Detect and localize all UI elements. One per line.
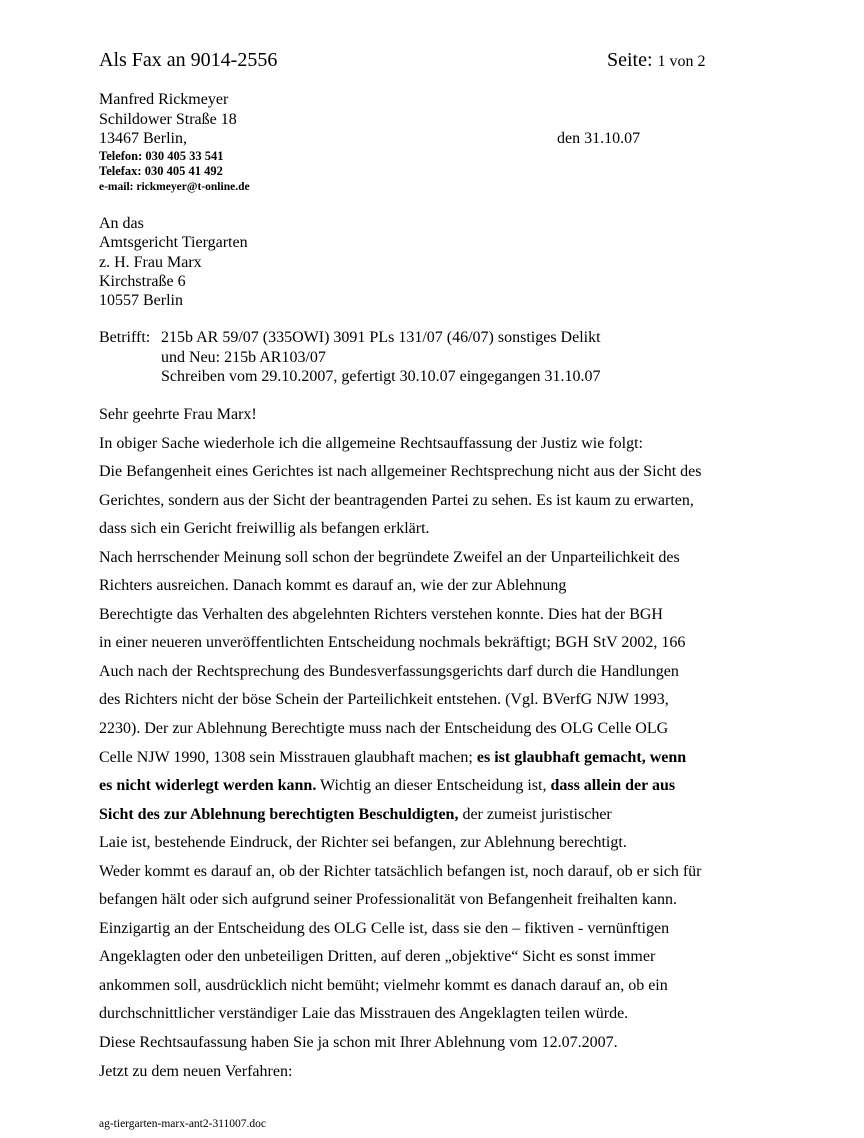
sender-phone: Telefon: 030 405 33 541 [99,149,250,165]
letter-body: Sehr geehrte Frau Marx! In obiger Sache … [99,401,701,1086]
body-line: Sicht des zur Ablehnung berechtigten Bes… [99,801,701,830]
body-line: Einzigartig an der Entscheidung des OLG … [99,915,701,944]
body-line: In obiger Sache wiederhole ich die allge… [99,430,701,459]
sender-email: e-mail: rickmeyer@t-online.de [99,180,250,195]
recipient-line: z. H. Frau Marx [99,253,248,272]
body-line: Gerichtes, sondern aus der Sicht der bea… [99,487,701,516]
body-line: Angeklagten oder den unbeteiligen Dritte… [99,943,701,972]
body-emphasis: dass allein der aus [550,777,675,794]
body-line: durchschnittlicher verständiger Laie das… [99,1000,701,1029]
body-line: Jetzt zu dem neuen Verfahren: [99,1058,701,1087]
recipient-line: Kirchstraße 6 [99,272,248,291]
body-line: Laie ist, bestehende Eindruck, der Richt… [99,829,701,858]
subject-block: Betrifft:215b AR 59/07 (335OWI) 3091 PLs… [99,328,601,387]
sender-city: 13467 Berlin, [99,129,250,149]
subject-label: Betrifft: [99,328,161,348]
body-line: es nicht widerlegt werden kann. Wichtig … [99,772,701,801]
body-text: Wichtig an dieser Entscheidung ist, [316,777,550,794]
recipient-line: 10557 Berlin [99,291,248,310]
body-emphasis: es nicht widerlegt werden kann. [99,777,316,794]
body-text: Celle NJW 1990, 1308 sein Misstrauen gla… [99,749,477,766]
page-label: Seite: [607,49,653,71]
body-line: in einer neueren unveröffentlichten Ents… [99,629,701,658]
body-emphasis: es ist glaubhaft gemacht, wenn [477,749,686,766]
body-line: Diese Rechtsaufassung haben Sie ja schon… [99,1029,701,1058]
sender-block: Manfred Rickmeyer Schildower Straße 18 1… [99,90,250,195]
body-line: 2230). Der zur Ablehnung Berechtigte mus… [99,715,701,744]
body-line: Berechtigte das Verhalten des abgelehnte… [99,601,701,630]
body-line: dass sich ein Gericht freiwillig als bef… [99,515,701,544]
recipient-line: Amtsgericht Tiergarten [99,233,248,252]
recipient-block: An das Amtsgericht Tiergarten z. H. Frau… [99,214,248,310]
body-line: Auch nach der Rechtsprechung des Bundesv… [99,658,701,687]
body-emphasis: Sicht des zur Ablehnung berechtigten Bes… [99,806,458,823]
body-text: der zumeist juristischer [458,806,611,823]
body-line: Richters ausreichen. Danach kommt es dar… [99,572,701,601]
footer-filename: ag-tiergarten-marx-ant2-311007.doc [99,1118,266,1130]
body-line: ankommen soll, ausdrücklich nicht bemüht… [99,972,701,1001]
body-line: des Richters nicht der böse Schein der P… [99,686,701,715]
page-value: 1 von 2 [658,53,706,70]
body-line: Nach herrschender Meinung soll schon der… [99,544,701,573]
salutation: Sehr geehrte Frau Marx! [99,401,701,430]
subject-line: und Neu: 215b AR103/07 [99,348,601,368]
page-indicator: Seite: 1 von 2 [607,49,706,72]
sender-name: Manfred Rickmeyer [99,90,250,110]
fax-header: Als Fax an 9014-2556 [99,49,277,72]
body-line: Die Befangenheit eines Gerichtes ist nac… [99,458,701,487]
recipient-line: An das [99,214,248,233]
letter-date: den 31.10.07 [557,129,640,149]
body-line: befangen hält oder sich aufgrund seiner … [99,886,701,915]
body-line: Weder kommt es darauf an, ob der Richter… [99,858,701,887]
subject-line: Schreiben vom 29.10.2007, gefertigt 30.1… [99,367,601,387]
sender-street: Schildower Straße 18 [99,110,250,130]
sender-fax: Telefax: 030 405 41 492 [99,164,250,180]
subject-line: 215b AR 59/07 (335OWI) 3091 PLs 131/07 (… [161,328,601,348]
body-line: Celle NJW 1990, 1308 sein Misstrauen gla… [99,744,701,773]
